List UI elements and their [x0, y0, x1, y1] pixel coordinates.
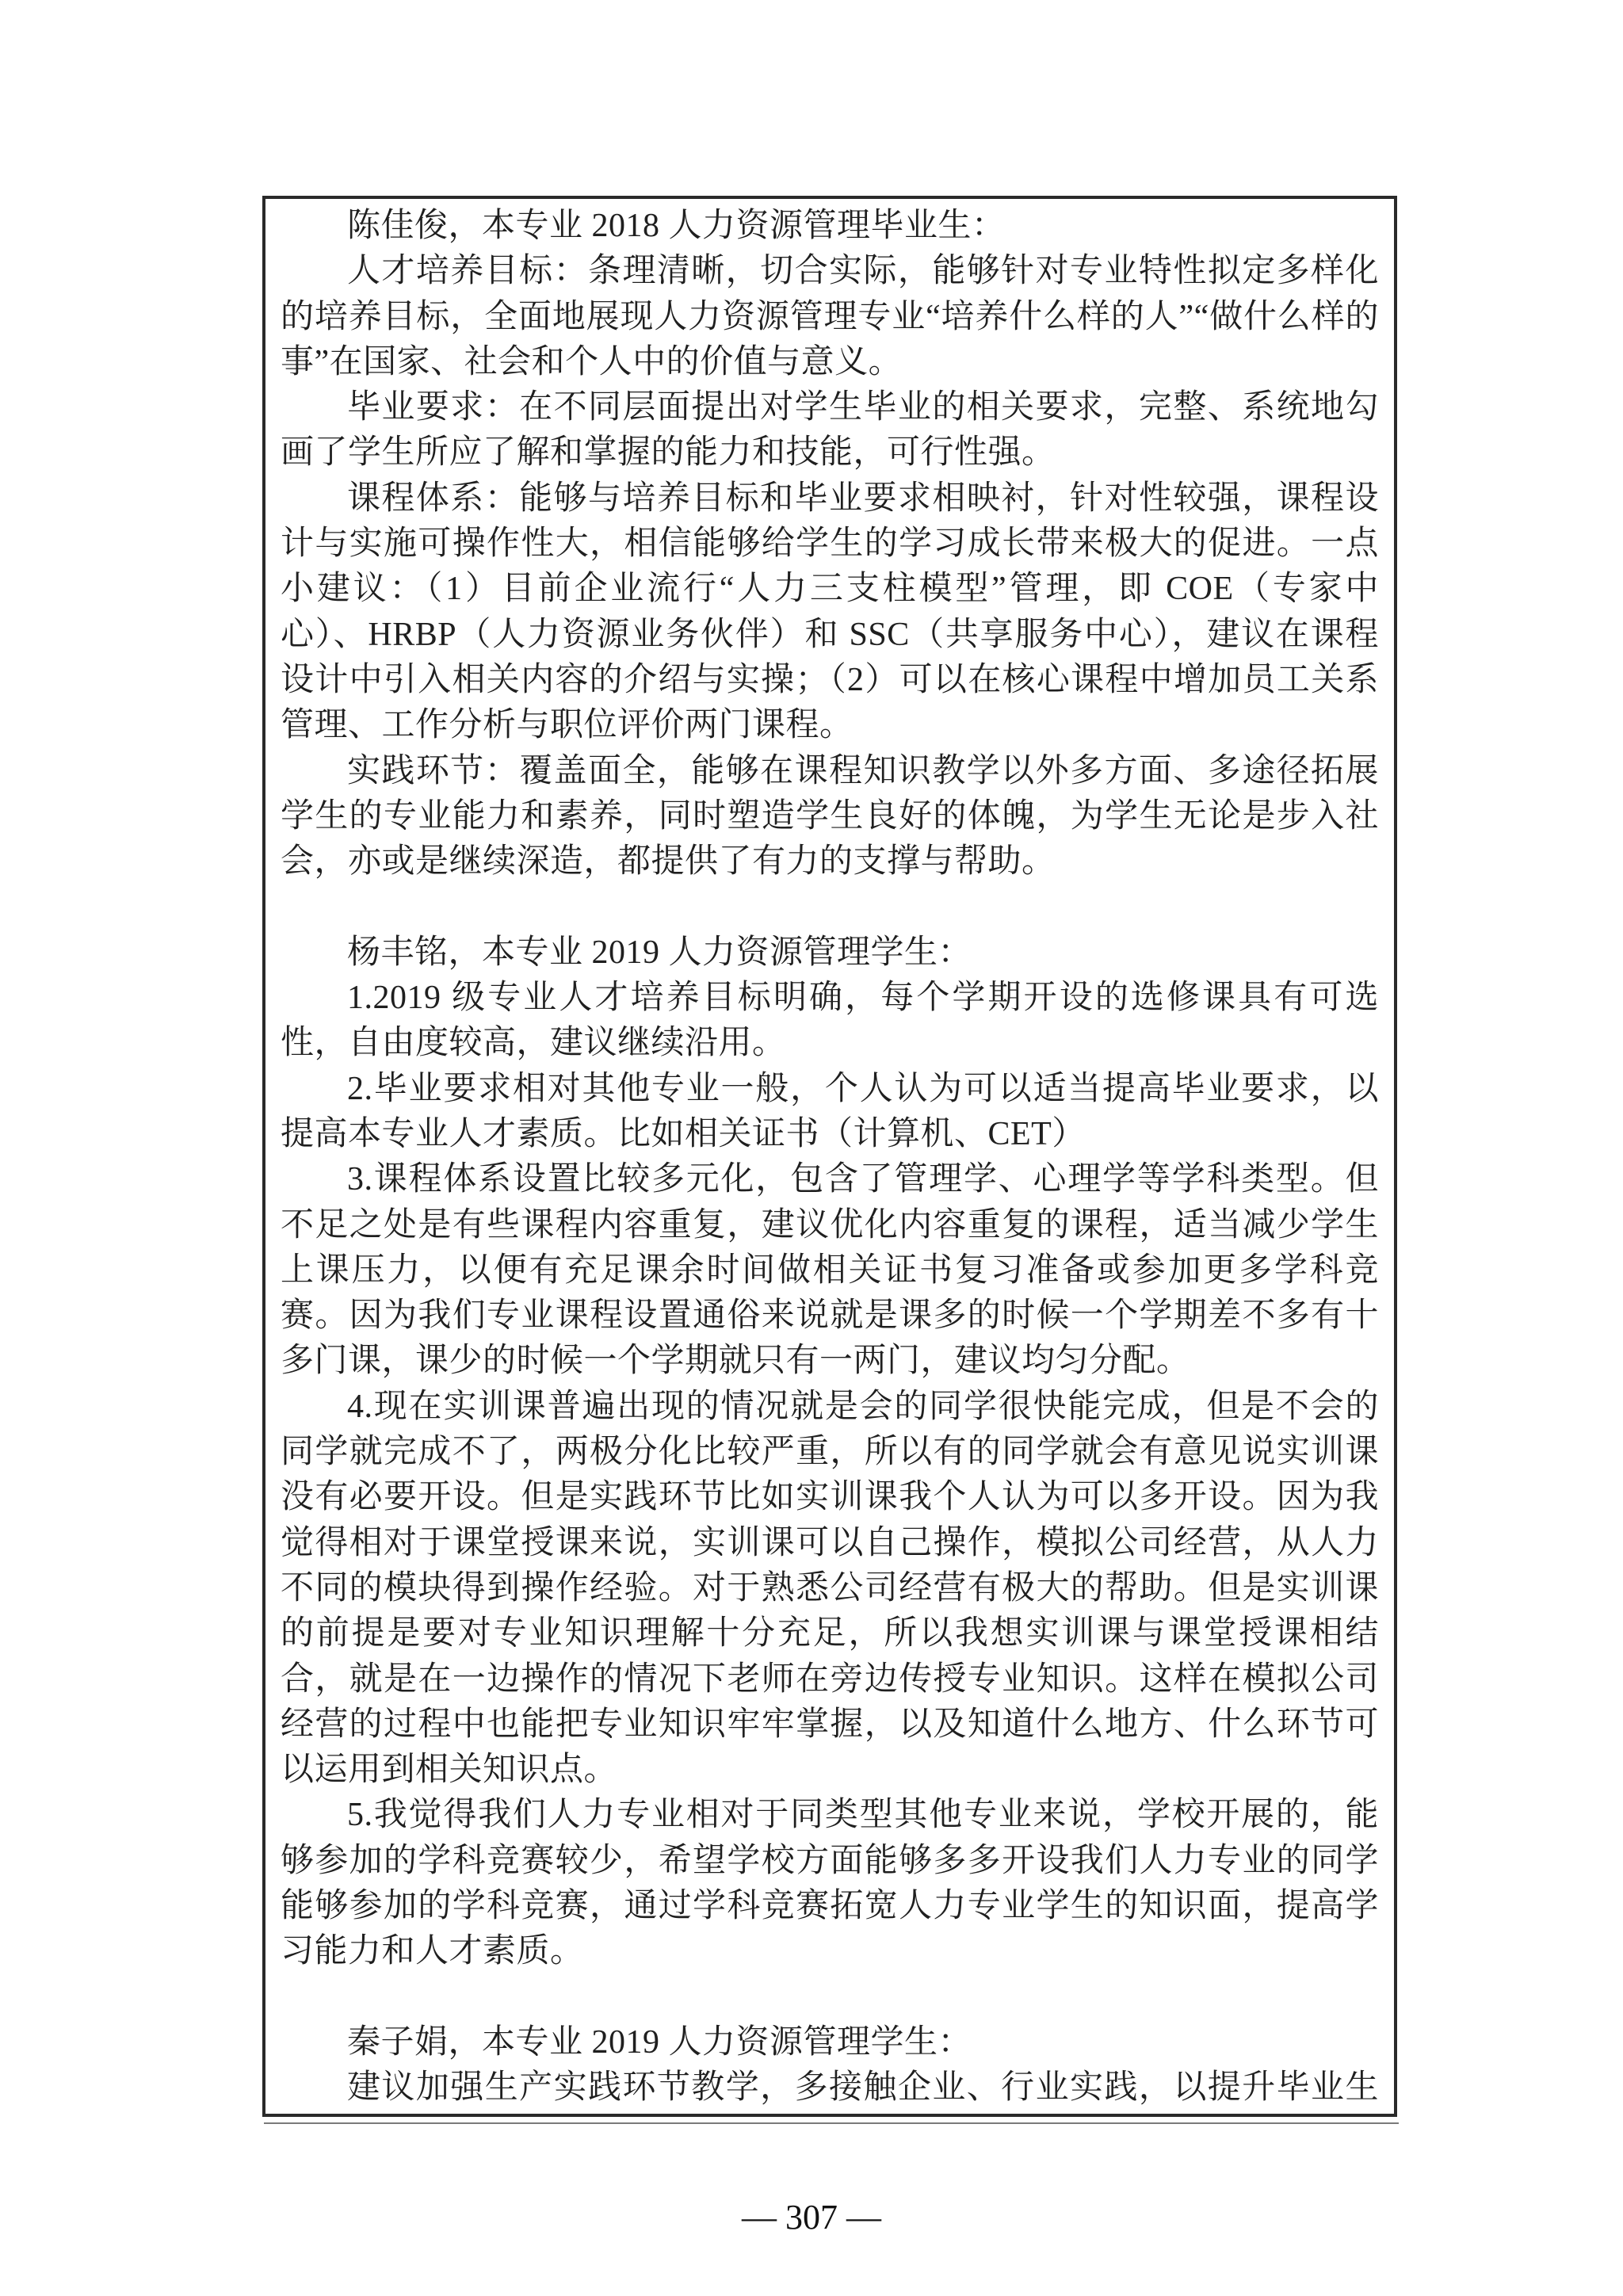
- paragraph-graduation-requirements: 毕业要求：在不同层面提出对学生毕业的相关要求，完整、系统地勾画了学生所应了解和掌…: [281, 385, 1379, 476]
- page-footer: — 307 —: [0, 2195, 1623, 2240]
- paragraph-curriculum-system: 课程体系：能够与培养目标和毕业要求相映衬，针对性较强，课程设计与实施可操作性大，…: [281, 476, 1379, 749]
- paragraph-point-1: 1.2019 级专业人才培养目标明确，每个学期开设的选修课具有可选性，自由度较高…: [281, 976, 1379, 1067]
- section-heading-qinzijuan: 秦子娟，本专业 2019 人力资源管理学生：: [281, 2020, 1379, 2065]
- paragraph-point-4: 4.现在实训课普遍出现的情况就是会的同学很快能完成，但是不会的同学就完成不了，两…: [281, 1385, 1379, 1794]
- section-heading-yangfengming: 杨丰铭，本专业 2019 人力资源管理学生：: [281, 930, 1379, 976]
- feedback-table-cell: 陈佳俊，本专业 2018 人力资源管理毕业生： 人才培养目标：条理清晰，切合实际…: [262, 196, 1397, 2117]
- document-page: 陈佳俊，本专业 2018 人力资源管理毕业生： 人才培养目标：条理清晰，切合实际…: [0, 0, 1623, 2296]
- table-bottom-shadow-line: [264, 2122, 1399, 2124]
- paragraph-practice-links: 实践环节：覆盖面全，能够在课程知识教学以外多方面、多途径拓展学生的专业能力和素养…: [281, 749, 1379, 885]
- paragraph-point-2: 2.毕业要求相对其他专业一般，个人认为可以适当提高毕业要求，以提高本专业人才素质…: [281, 1067, 1379, 1158]
- page-number: — 307 —: [742, 2198, 881, 2237]
- paragraph-suggestion: 建议加强生产实践环节教学，多接触企业、行业实践，以提升毕业生工: [281, 2065, 1379, 2117]
- section-heading-chenjiajun: 陈佳俊，本专业 2018 人力资源管理毕业生：: [281, 204, 1379, 249]
- paragraph-point-5: 5.我觉得我们人力专业相对于同类型其他专业来说，学校开展的，能够参加的学科竞赛较…: [281, 1793, 1379, 1974]
- paragraph-point-3: 3.课程体系设置比较多元化，包含了管理学、心理学等学科类型。但不足之处是有些课程…: [281, 1157, 1379, 1384]
- paragraph-training-objectives: 人才培养目标：条理清晰，切合实际，能够针对专业特性拟定多样化的培养目标，全面地展…: [281, 249, 1379, 385]
